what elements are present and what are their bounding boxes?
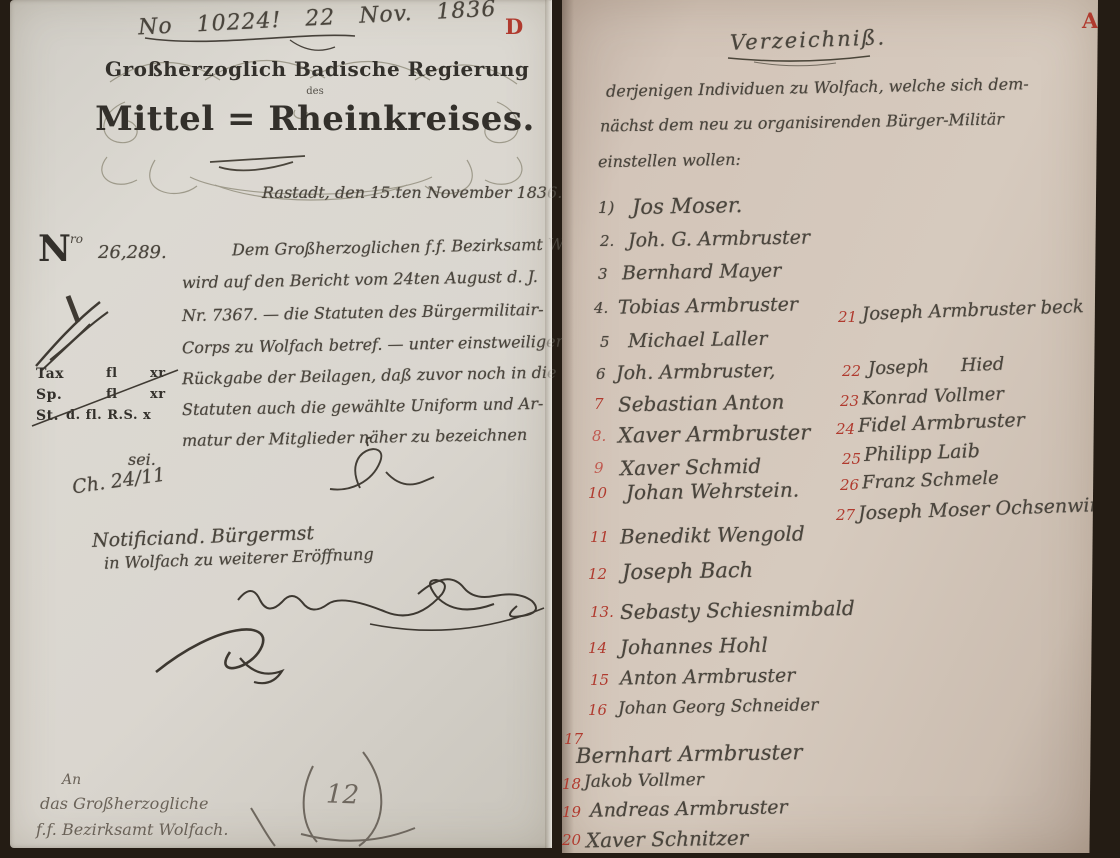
pencil-folio-number: 12: [325, 779, 359, 810]
entry-number: 1): [598, 198, 614, 217]
right-page: A Verzeichniß. derjenigen Individuen zu …: [562, 0, 1098, 853]
entry-number: 21: [838, 308, 857, 326]
list-title: Verzeichniß.: [730, 25, 887, 54]
entry-name: Johan Georg Schneider: [618, 695, 819, 718]
entry-name: Philipp Laib: [864, 440, 981, 466]
entry-name: Joseph Armbruster beck: [862, 296, 1084, 325]
entry-name: Joseph Hied: [868, 354, 1005, 380]
doc-number-value: 26,289.: [98, 242, 167, 263]
entry-number: 3: [598, 265, 608, 283]
fee-cancellation-stroke: [28, 362, 183, 432]
entry-name: Jakob Vollmer: [584, 770, 704, 792]
entry-name: Franz Schmele: [862, 468, 999, 494]
archival-mark-d: D: [505, 14, 523, 39]
entry-name: Joseph Moser Ochsenwirth: [858, 493, 1119, 524]
left-page: No 10224! 22 Nov. 1836 D: [10, 0, 552, 848]
archival-mark-a: A: [1082, 8, 1098, 33]
doc-number-initial: N: [38, 228, 71, 270]
entry-name: Xaver Schnitzer: [586, 826, 749, 853]
pen-strike-scribble: [210, 156, 305, 170]
intro-line: einstellen wollen:: [598, 150, 741, 171]
entry-number: 11: [590, 528, 609, 546]
entry-name: Xaver Armbruster: [618, 420, 811, 447]
entry-number: 15: [590, 671, 609, 689]
entry-number: 26: [840, 476, 859, 494]
entry-number: 2.: [600, 232, 614, 250]
letterhead-line2: des: [105, 86, 525, 97]
entry-name: Sebastian Anton: [618, 390, 785, 417]
entry-name: Andreas Armbruster: [590, 796, 788, 821]
entry-number: 20: [562, 831, 581, 849]
entry-number: 9: [594, 459, 604, 477]
entry-number: 19: [562, 803, 581, 821]
entry-number: 22: [842, 362, 861, 380]
doc-number-superscript: ro: [70, 232, 83, 246]
entry-number: 18: [562, 775, 581, 793]
body-line: Statuten auch die gewählte Uniform und A…: [182, 394, 544, 419]
entry-name: Anton Armbruster: [620, 664, 796, 689]
clerk-date-note: Ch. 24/11: [71, 464, 167, 499]
entry-number: 16: [588, 701, 607, 719]
body-line: Dem Großherzoglichen f.f. Bezirksamt Wol…: [232, 234, 618, 260]
entry-name: Joh. Armbruster,: [616, 360, 776, 385]
entry-number: 7: [594, 395, 604, 413]
entry-number: 12: [588, 565, 607, 583]
body-line: Rückgabe der Beilagen, daß zuvor noch in…: [182, 363, 557, 389]
entry-name: Tobias Armbruster: [618, 293, 798, 318]
body-line: Nr. 7367. — die Statuten des Bürgermilit…: [182, 300, 544, 325]
signatures-flourish: [120, 552, 552, 682]
entry-name: Michael Laller: [628, 328, 768, 352]
letterhead-line3: Mittel = Rheinkreises.: [95, 99, 535, 139]
entry-name: Benedikt Wengold: [620, 521, 805, 548]
address-line: An: [62, 772, 81, 788]
entry-name: Johan Wehrstein.: [626, 477, 799, 504]
address-line: das Großherzogliche: [40, 794, 209, 813]
intro-line: derjenigen Individuen zu Wolfach, welche…: [606, 74, 1029, 100]
entry-number: 24: [836, 420, 855, 438]
body-line: wird auf den Bericht vom 24ten August d.…: [182, 267, 538, 292]
entry-number: 8.: [592, 427, 606, 445]
entry-number: 6: [596, 365, 606, 383]
entry-name: Fidel Armbruster: [858, 409, 1025, 437]
entry-number: 23: [840, 392, 859, 410]
entry-name: Konrad Vollmer: [862, 384, 1005, 410]
entry-name: Xaver Schmid: [620, 454, 762, 480]
entry-number: 25: [842, 450, 861, 468]
scanned-document: No 10224! 22 Nov. 1836 D: [0, 0, 1120, 858]
entry-number: 5: [600, 333, 610, 351]
entry-name: Joh. G. Armbruster: [628, 226, 810, 251]
signature-paraph-icon: [298, 436, 448, 498]
entry-name: Bernhart Armbruster: [576, 740, 803, 768]
entry-name: Jos Moser.: [632, 193, 743, 219]
letterhead-line1: Großherzoglich Badische Regierung: [105, 57, 525, 81]
intro-line: nächst dem neu zu organisirenden Bürger-…: [600, 109, 1004, 135]
entry-number: 4.: [594, 299, 608, 317]
entry-name: Sebasty Schiesnimbald: [620, 596, 855, 624]
entry-name: Johannes Hohl: [620, 633, 768, 660]
dateline: Rastadt, den 15.ten November 1836.: [262, 183, 562, 202]
entry-number: 14: [588, 639, 607, 657]
title-underline: [724, 52, 874, 68]
entry-number: 13.: [590, 603, 614, 621]
entry-name: Bernhard Mayer: [622, 260, 782, 285]
entry-name: Joseph Bach: [622, 558, 754, 584]
body-line: Corps zu Wolfach betref. — unter einstwe…: [182, 332, 564, 358]
entry-number: 27: [836, 506, 855, 524]
address-line: f.f. Bezirksamt Wolfach.: [36, 820, 228, 839]
entry-number: 10: [588, 484, 607, 502]
